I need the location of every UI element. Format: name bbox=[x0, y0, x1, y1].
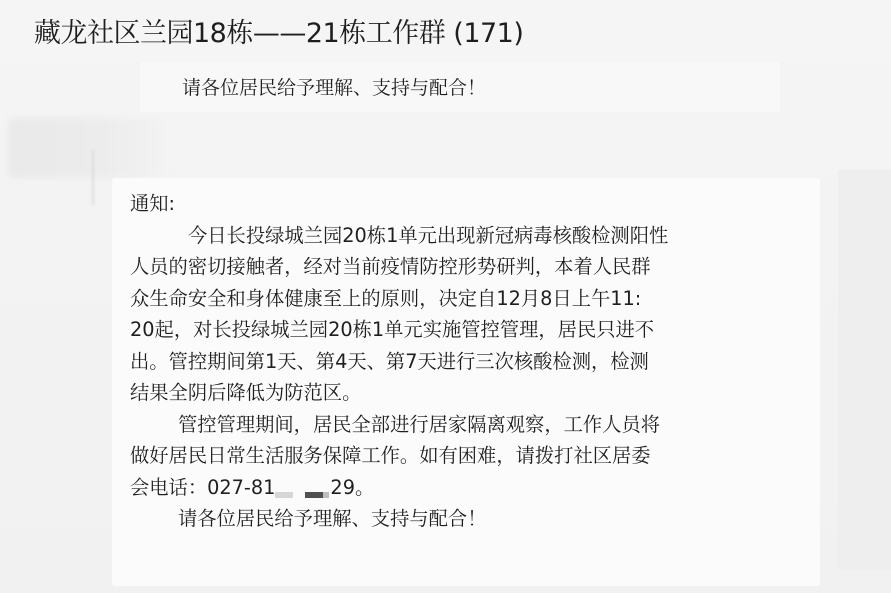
notice-message-content: 通知: 今日长投绿城兰园20栋1单元出现新冠病毒核酸检测阳性 人员的密切接触者，… bbox=[130, 188, 810, 535]
redaction-mark bbox=[275, 492, 293, 498]
previous-message-text: 请各位居民给予理解、支持与配合！ bbox=[182, 73, 486, 100]
chat-title[interactable]: 藏龙社区兰园18栋——21栋工作群 (171) bbox=[34, 11, 523, 50]
notice-closing: 请各位居民给予理解、支持与配合！ bbox=[130, 503, 810, 535]
notice-heading: 通知: bbox=[130, 188, 810, 220]
notice-line: 结果全阴后降低为防范区。 bbox=[130, 377, 810, 409]
avatar-blur-artifact bbox=[92, 150, 94, 205]
notice-phone-line: 会电话：027-8129。 bbox=[130, 472, 810, 504]
sender-avatar[interactable] bbox=[8, 118, 163, 178]
notice-line: 出。管控期间第1天、第4天、第7天进行三次核酸检测，检测 bbox=[130, 346, 810, 378]
notice-line: 做好居民日常生活服务保障工作。如有困难，请拨打社区居委 bbox=[130, 440, 810, 472]
chat-side-margin bbox=[838, 170, 891, 570]
chat-header: 藏龙社区兰园18栋——21栋工作群 (171) bbox=[0, 0, 891, 62]
notice-line: 众生命安全和身体健康至上的原则，决定自12月8日上午11: bbox=[130, 283, 810, 315]
notice-line: 人员的密切接触者，经对当前疫情防控形势研判，本着人民群 bbox=[130, 251, 810, 283]
notice-line: 管控管理期间，居民全部进行居家隔离观察，工作人员将 bbox=[130, 409, 810, 441]
redaction-mark bbox=[323, 492, 329, 498]
phone-suffix: 29。 bbox=[330, 476, 374, 499]
redaction-mark bbox=[305, 492, 323, 498]
notice-line: 20起，对长投绿城兰园20栋1单元实施管控管理，居民只进不 bbox=[130, 314, 810, 346]
notice-line: 今日长投绿城兰园20栋1单元出现新冠病毒核酸检测阳性 bbox=[130, 220, 810, 252]
notice-message-bubble[interactable]: 通知: 今日长投绿城兰园20栋1单元出现新冠病毒核酸检测阳性 人员的密切接触者，… bbox=[112, 178, 820, 586]
previous-message-bubble[interactable]: 请各位居民给予理解、支持与配合！ bbox=[140, 62, 780, 112]
phone-prefix: 会电话：027-81 bbox=[130, 476, 275, 499]
